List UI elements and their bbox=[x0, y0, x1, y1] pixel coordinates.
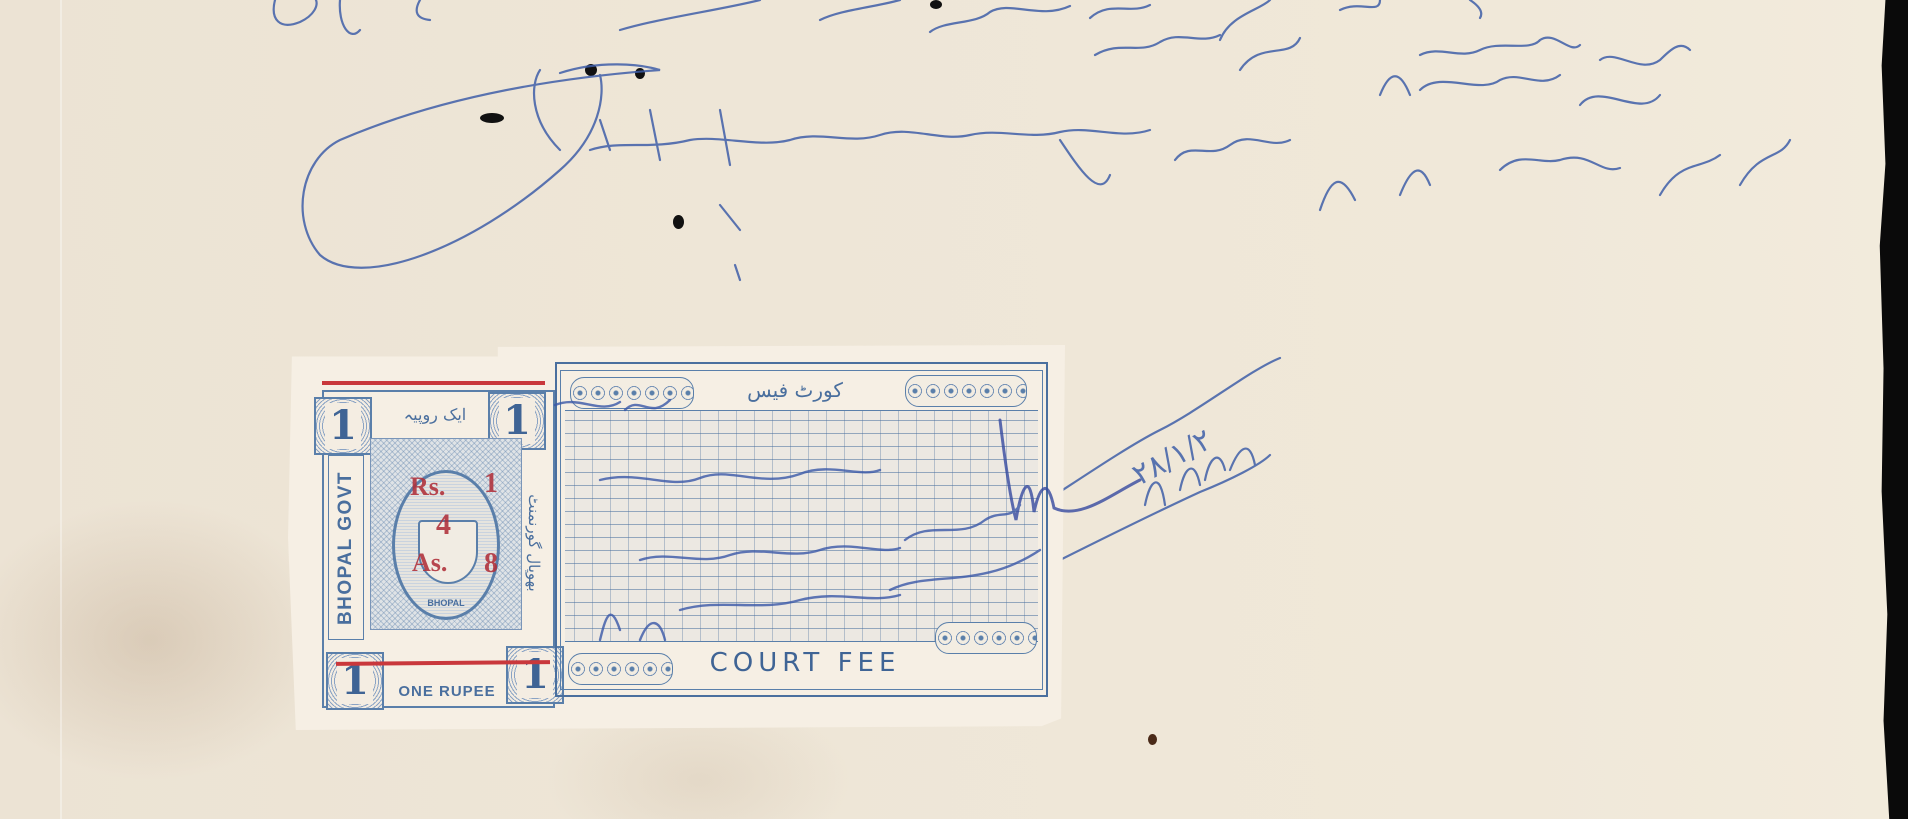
signature-over-stamp bbox=[0, 0, 1908, 819]
